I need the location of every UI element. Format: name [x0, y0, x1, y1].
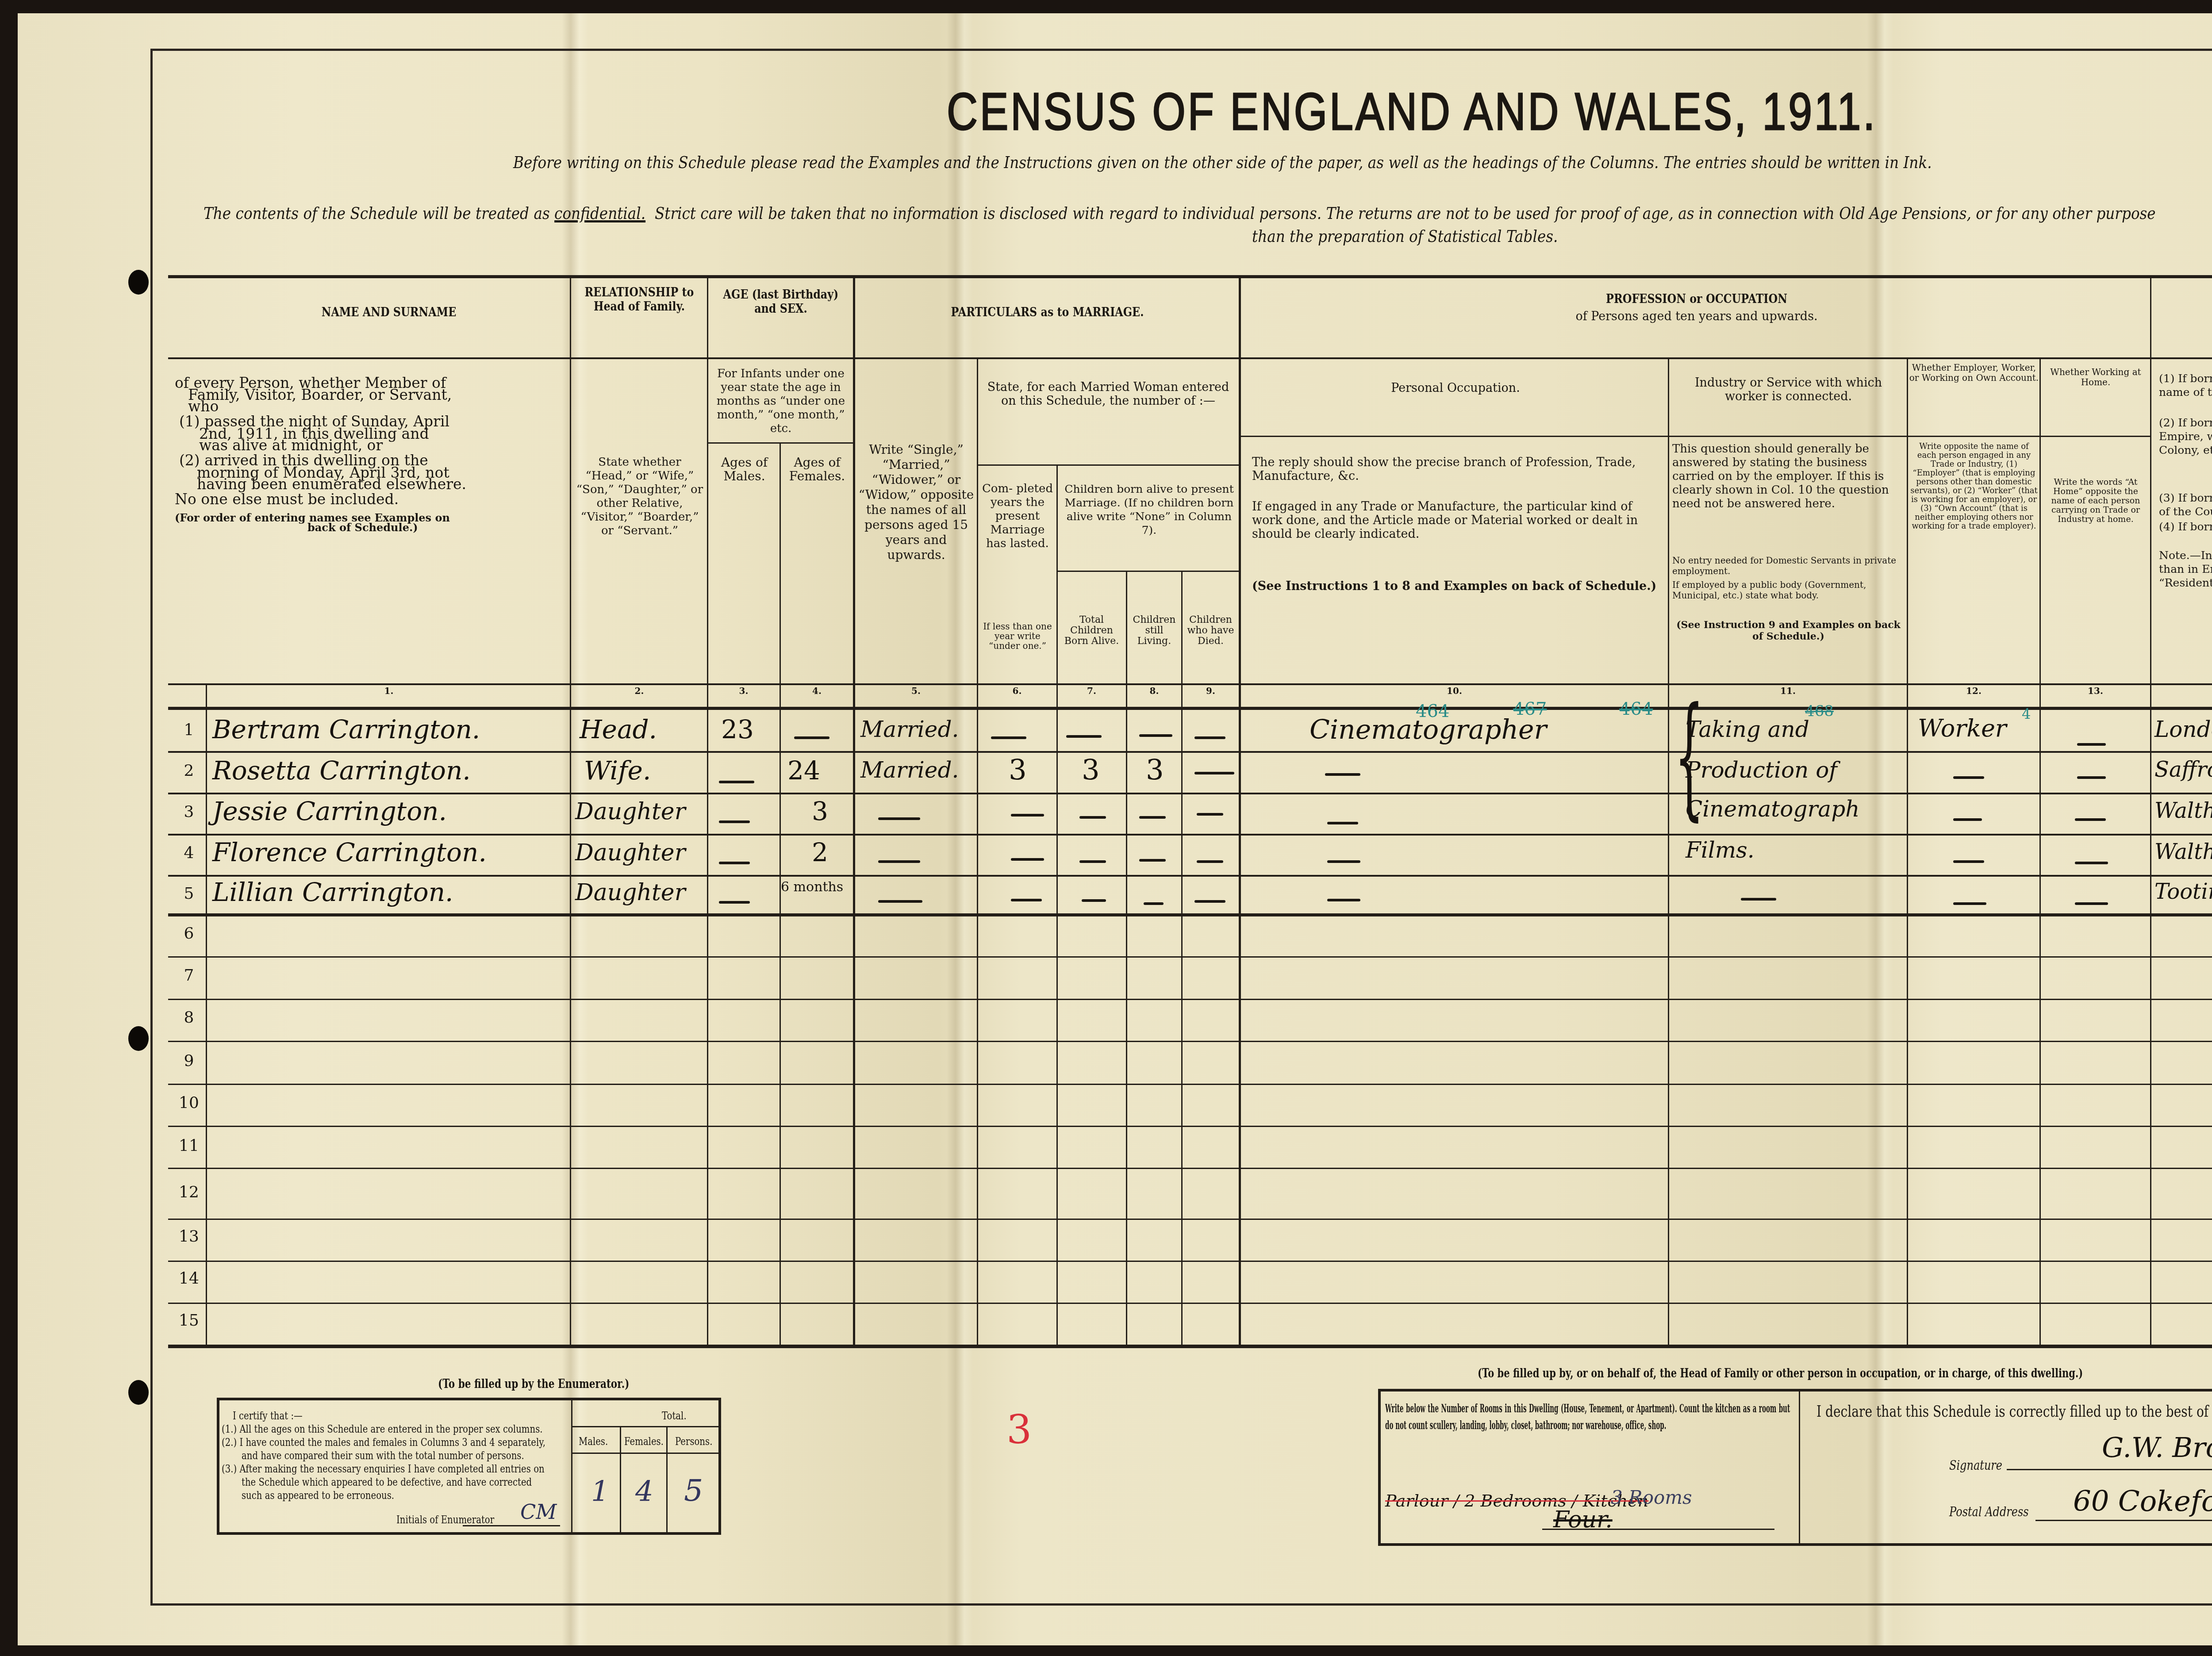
age-sub-rule [708, 442, 854, 444]
person-name[interactable]: Rosetta Carrington. [212, 755, 471, 786]
certify-item: (3.) After making the necessary enquirie… [222, 1462, 545, 1476]
persons-label: Persons. [675, 1435, 712, 1448]
birthplace[interactable]: Walthamstow. Essex [2154, 798, 2212, 823]
col-number: 8. [1127, 686, 1181, 696]
dash [1144, 902, 1164, 905]
col-divider [206, 685, 207, 1346]
col-divider [1056, 464, 1058, 1346]
rooms-correction: 3 Rooms [1611, 1487, 1692, 1508]
row-rule [168, 751, 2212, 753]
dash [1011, 814, 1044, 816]
dash [1197, 813, 1223, 816]
totals-rule [572, 1453, 721, 1454]
dash [1082, 899, 1106, 902]
dash [878, 860, 920, 863]
col-number: 10. [1241, 686, 1668, 696]
col12-instructions: Write opposite the name of each person e… [1909, 442, 2039, 531]
age-female[interactable]: 6 months [781, 879, 843, 895]
col-number: 14. [2151, 686, 2212, 696]
row-rule [168, 956, 2212, 958]
col1-line: back of Schedule.) [307, 518, 418, 537]
col10-instructions-1: The reply should show the precise branch… [1252, 456, 1659, 483]
confidentiality-notice-line-2: than the preparation of Statistical Tabl… [1252, 226, 1558, 246]
signature-value[interactable]: G.W. Brooks Carrington [2102, 1431, 2212, 1464]
row-number: 2 [173, 762, 204, 780]
col-divider [2039, 359, 2041, 1346]
row-number: 14 [173, 1269, 204, 1288]
row-number: 8 [173, 1008, 204, 1027]
col11-instructions-1: This question should generally be answer… [1672, 442, 1905, 511]
occupation-code-struck: 467 [1513, 699, 1547, 719]
col-number: 2. [571, 686, 708, 696]
col2-instructions: State whether “Head,” or “Wife,” “Son,” … [575, 456, 704, 538]
col-divider [1239, 277, 1241, 1346]
rooms-instructions: Write below the Number of Rooms in this … [1385, 1400, 1790, 1434]
birthplace-instructions-2: (2) If born in any other part of the Bri… [2159, 416, 2212, 457]
row-rule [168, 999, 2212, 1000]
col7-title: Total Children Born Alive. [1057, 615, 1126, 647]
dash [1194, 736, 1225, 739]
dash [1194, 900, 1225, 903]
dash [1953, 776, 1984, 779]
col-number: 5. [855, 686, 977, 696]
address-line [2035, 1520, 2212, 1521]
signature-line [2007, 1469, 2212, 1470]
col-number: 6. [978, 686, 1056, 696]
dash [1741, 898, 1776, 901]
dash [878, 817, 920, 820]
row-number: 5 [173, 885, 204, 903]
birthplace-title: BIRTHPLACE [2174, 295, 2212, 310]
col13-instructions: Write the words “At Home” opposite the n… [2041, 478, 2150, 524]
dash [1139, 859, 1166, 862]
birthplace[interactable]: Walthamstow. Essex [2154, 839, 2212, 864]
dash [1953, 860, 1984, 863]
col11-instructions-2: No entry needed for Domestic Servants in… [1672, 555, 1905, 576]
occupation-subtitle: of Persons aged ten years and upwards. [1243, 310, 2150, 323]
children-sub-rule [1057, 571, 1240, 572]
col12-title: Whether Employer, Worker, or Working on … [1909, 363, 2039, 383]
col6-title: Com- pleted years the present Marriage h… [980, 482, 1055, 551]
col-number: 13. [2041, 686, 2150, 696]
initials-value[interactable]: CM [520, 1500, 557, 1524]
dash [1327, 822, 1358, 824]
age-male-dash [719, 820, 750, 823]
col1-line: No one else must be included. [175, 490, 399, 508]
occupation-title: PROFESSION or OCCUPATION [1311, 292, 2082, 306]
marital-status[interactable]: Married. [860, 717, 959, 742]
totals-divider [571, 1400, 572, 1532]
declaration-divider [1799, 1391, 1800, 1543]
initials-underline [463, 1525, 560, 1526]
table-bottom-rule [168, 1345, 2212, 1348]
signature-label: Signature [1949, 1458, 2002, 1473]
col5-instructions: Write “Single,” “Married,” “Widower,” or… [858, 442, 974, 563]
col-divider [977, 359, 978, 1346]
row-rule [168, 913, 2212, 916]
address-value[interactable]: 60 Cokeford St. Tooting S.W. [2073, 1485, 2212, 1518]
col-divider [1668, 359, 1669, 1346]
head-of-family-heading: (To be filled up by, or on behalf of, th… [1478, 1366, 2083, 1382]
males-label: Males. [579, 1435, 608, 1448]
col3-title: Ages of Males. [710, 456, 779, 483]
females-label: Females. [624, 1435, 664, 1448]
relationship[interactable]: Daughter [575, 839, 686, 866]
col13-title: Whether Working at Home. [2041, 367, 2150, 387]
confidentiality-notice: The contents of the Schedule will be tre… [204, 203, 2156, 223]
dash [1953, 902, 1986, 905]
birthplace[interactable]: Saffron Walden Essex [2154, 757, 2212, 782]
col8-title: Children still Living. [1127, 615, 1181, 647]
dash [2077, 743, 2106, 746]
dash [1011, 858, 1044, 861]
dash [2077, 776, 2106, 779]
row-rule [168, 834, 2212, 836]
col-divider [1907, 359, 1908, 1346]
table-top-rule [168, 275, 2212, 278]
col6-note: If less than one year write “under one.” [980, 621, 1055, 651]
age-male-dash [719, 781, 754, 783]
dash [2075, 902, 2108, 905]
confidential-suffix: Strict care will be taken that no inform… [655, 203, 2156, 223]
employment-code: 4 [2022, 705, 2031, 722]
col4-title: Ages of Females. [782, 456, 852, 483]
header-divider [168, 357, 2212, 359]
age-instructions: For Infants under one year state the age… [710, 367, 852, 436]
age-female[interactable]: 24 [787, 755, 820, 786]
row-rule [168, 1084, 2212, 1085]
dash [1066, 735, 1102, 738]
totals-divider [666, 1426, 668, 1532]
page-title: CENSUS OF ENGLAND AND WALES, 1911. [947, 82, 1877, 142]
dash [878, 900, 922, 903]
dash [1139, 734, 1172, 737]
birthplace-note: Note.—In the case of persons born elsewh… [2159, 548, 2212, 590]
total-label: Total. [662, 1409, 687, 1422]
col1-title: NAME AND SURNAME [235, 305, 542, 319]
total-males[interactable]: 1 [591, 1476, 609, 1508]
declaration-box: Write below the Number of Rooms in this … [1378, 1389, 2212, 1546]
married-woman-instructions: State, for each Married Woman entered on… [980, 380, 1237, 408]
relationship[interactable]: Wife. [584, 755, 651, 786]
address-label: Postal Address [1949, 1504, 2029, 1520]
col-number: 12. [1908, 686, 2039, 696]
col-divider [853, 277, 855, 1346]
relationship[interactable]: Daughter [575, 879, 686, 906]
certify-item: (2.) I have counted the males and female… [222, 1436, 545, 1449]
row-number: 15 [173, 1311, 204, 1330]
person-name[interactable]: Lillian Carrington. [212, 877, 453, 907]
enumerator-mark: 3 [1006, 1407, 1032, 1453]
birthplace-instructions-3: (3) If born in a Foreign Country, write … [2159, 491, 2212, 518]
enumerator-certificate-box: I certify that :— (1.) All the ages on t… [217, 1398, 721, 1535]
relationship[interactable]: Head. [580, 714, 657, 744]
totals-rule [572, 1426, 721, 1427]
occupation-code: 464 [1416, 701, 1449, 721]
row-number: 3 [173, 803, 204, 821]
dash [1194, 772, 1234, 774]
row-rule [168, 1261, 2212, 1262]
birthplace-instructions-1: (1) If born in the United Kingdom, write… [2159, 372, 2212, 399]
children-living[interactable]: 3 [1146, 754, 1164, 787]
dash [1079, 860, 1106, 863]
col-divider [2150, 277, 2151, 1346]
confidential-word: confidential. [554, 203, 645, 223]
punch-hole [128, 1026, 149, 1051]
row-number: 12 [173, 1183, 204, 1201]
children-born[interactable]: 3 [1082, 754, 1100, 787]
row-rule [168, 1303, 2212, 1304]
occupation-code-struck: 464 [1619, 699, 1653, 719]
col-number: 3. [708, 686, 780, 696]
birthplace[interactable]: Tooting Surrey. [2154, 879, 2212, 904]
col1-line: Family, Visitor, Boarder, or Servant, [188, 386, 452, 404]
dash [2075, 862, 2108, 864]
col-number: 4. [781, 686, 853, 696]
birthplace-instructions-4: (4) If born at sea, write “At Sea.” [2159, 520, 2212, 533]
certify-item: and have compared their sum with the tot… [242, 1449, 524, 1462]
certify-item: (1.) All the ages on this Schedule are e… [222, 1422, 543, 1436]
dash [1325, 773, 1360, 776]
row-rule [168, 1041, 2212, 1042]
dash [1327, 899, 1360, 901]
col-number: 11. [1669, 686, 1907, 696]
row-rule [168, 875, 2212, 877]
age-female[interactable]: 2 [812, 837, 828, 867]
marital-status[interactable]: Married. [860, 757, 959, 783]
total-persons[interactable]: 5 [684, 1473, 703, 1508]
dash [1011, 899, 1042, 901]
declaration-text: I declare that this Schedule is correctl… [1816, 1403, 2212, 1421]
punch-hole [128, 1380, 149, 1405]
col10-instructions-2: If engaged in any Trade or Manufacture, … [1252, 500, 1659, 541]
industry[interactable]: Taking and [1686, 717, 1809, 742]
ink-instruction: Before writing on this Schedule please r… [513, 153, 1932, 172]
marriage-title: PARTICULARS as to MARRIAGE. [885, 305, 1210, 319]
initials-label: Initials of Enumerator [396, 1513, 494, 1526]
birthplace-subtitle: of every person. [2152, 311, 2212, 325]
dash [1079, 816, 1106, 819]
row-number: 1 [173, 721, 204, 739]
person-name[interactable]: Bertram Carrington. [212, 714, 480, 744]
birthplace[interactable]: London Islington. [2154, 717, 2212, 742]
col10-instructions-3: (See Instructions 1 to 8 and Examples on… [1252, 579, 1659, 593]
row-number: 7 [173, 966, 204, 985]
dash [991, 736, 1026, 739]
col11-title: Industry or Service with which worker is… [1672, 376, 1905, 403]
dash [1197, 860, 1223, 863]
row-rule [168, 1126, 2212, 1127]
confidential-prefix: The contents of the Schedule will be tre… [204, 203, 550, 223]
age-female-dash [794, 736, 829, 739]
certify-item: the Schedule which appeared to be defect… [242, 1476, 532, 1489]
years-married[interactable]: 3 [1009, 754, 1027, 787]
col-divider [570, 277, 571, 1346]
age-title: AGE (last Birthday) and SEX. [719, 287, 842, 316]
row-rule [168, 1168, 2212, 1169]
row-rule [168, 793, 2212, 794]
data-top-rule [168, 707, 2212, 710]
certify-item: such as appeared to be erroneous. [242, 1489, 394, 1502]
col2-title: RELATIONSHIP to Head of Family. [582, 285, 697, 314]
rooms-underline [1542, 1529, 1774, 1530]
col11-instructions-3: If employed by a public body (Government… [1672, 579, 1905, 601]
enumerator-heading: (To be filled up by the Enumerator.) [438, 1376, 629, 1392]
row-number: 11 [173, 1137, 204, 1155]
row-number: 4 [173, 844, 204, 862]
industry-code-struck: 468 [1805, 702, 1834, 720]
age-male[interactable]: 23 [721, 714, 754, 744]
age-male-dash [719, 901, 750, 904]
punch-hole [128, 270, 149, 295]
married-woman-sub-rule [978, 464, 1240, 466]
row-number: 9 [173, 1052, 204, 1070]
age-male-dash [719, 862, 750, 864]
row-number: 13 [173, 1227, 204, 1246]
industry[interactable]: Production of [1686, 757, 1837, 783]
person-name[interactable]: Florence Carrington. [212, 837, 487, 867]
dash [1139, 816, 1166, 819]
row-number: 6 [173, 924, 204, 943]
relationship[interactable]: Daughter [575, 798, 686, 825]
col10-title: Personal Occupation. [1243, 381, 1668, 395]
col11-instructions-4: (See Instruction 9 and Examples on back … [1672, 619, 1905, 642]
children-instructions: Children born alive to present Marriage.… [1060, 482, 1239, 537]
dash [1953, 818, 1982, 821]
totals-divider [620, 1426, 621, 1532]
col-number: 9. [1183, 686, 1239, 696]
row-number: 10 [173, 1094, 204, 1112]
dash [1327, 860, 1360, 863]
col-number: 7. [1057, 686, 1126, 696]
col9-title: Children who have Died. [1183, 615, 1239, 647]
occupation-sub-rule [1241, 436, 2150, 437]
dash [2075, 818, 2106, 821]
certify-label: I certify that :— [233, 1409, 303, 1422]
row-rule [168, 1219, 2212, 1220]
industry[interactable]: Cinematograph [1686, 796, 1859, 822]
age-female[interactable]: 3 [812, 796, 828, 826]
person-name[interactable]: Jessie Carrington. [212, 796, 447, 826]
column-number-rule [168, 683, 2212, 685]
total-females[interactable]: 4 [635, 1476, 653, 1508]
col-divider [707, 277, 708, 1346]
col-number: 1. [208, 686, 570, 696]
industry[interactable]: Films. [1686, 837, 1755, 863]
employment-status[interactable]: Worker [1918, 714, 2007, 742]
